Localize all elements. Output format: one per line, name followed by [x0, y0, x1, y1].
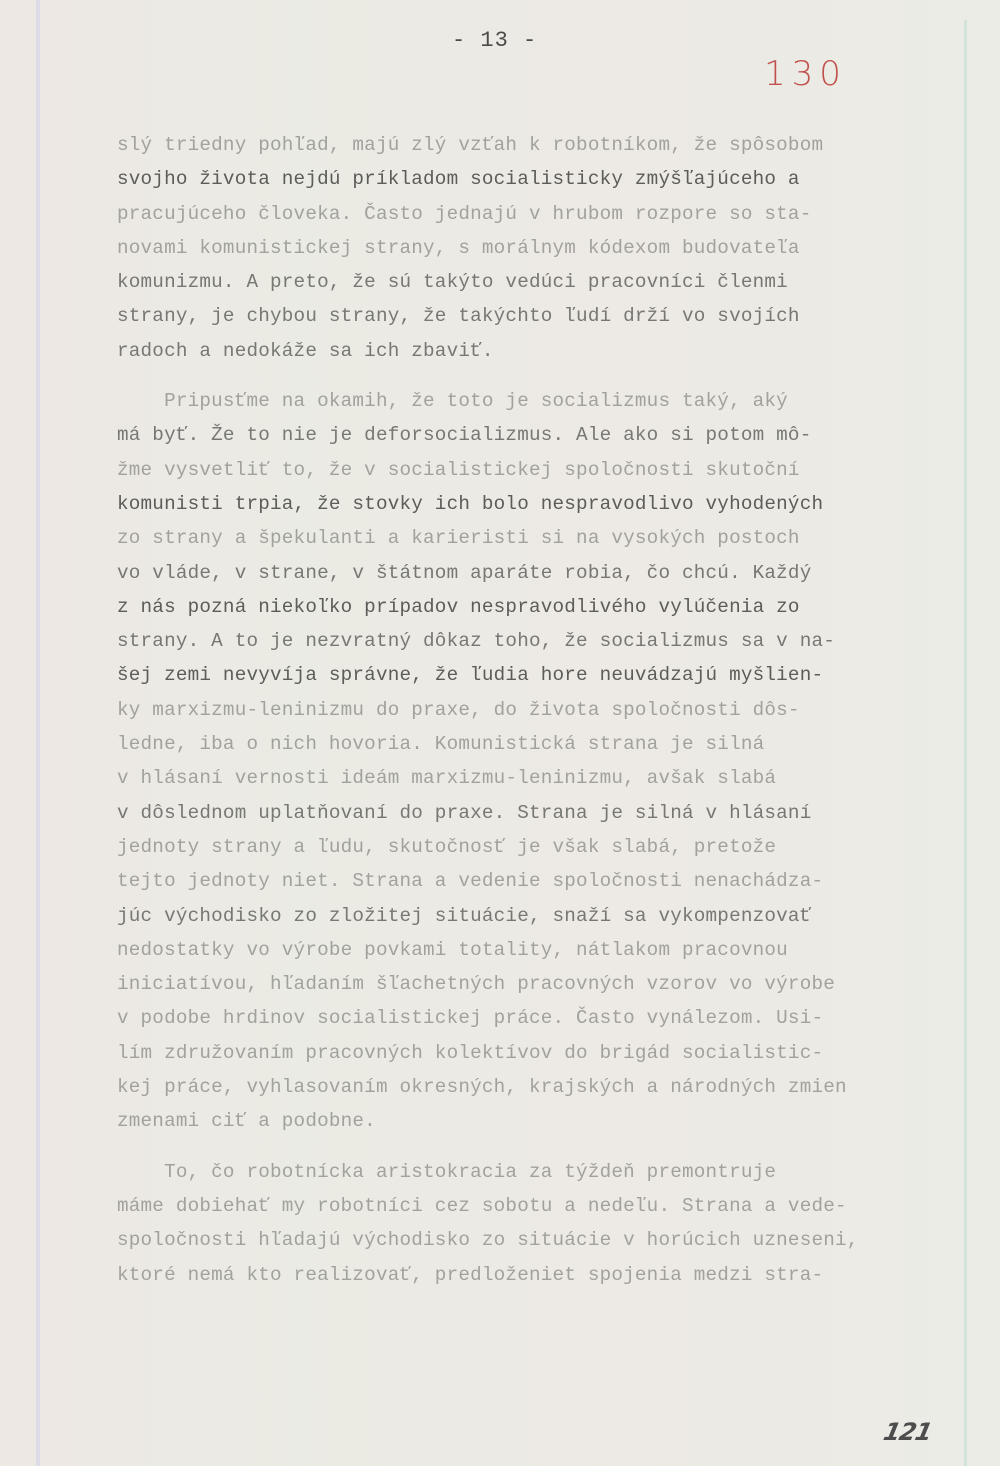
text-line: ktoré nemá kto realizovať, predloženiet …	[117, 1258, 977, 1292]
text-line: slý triedny pohľad, majú zlý vzťah k rob…	[117, 128, 977, 162]
text-line: iniciatívou, hľadaním šľachetných pracov…	[117, 967, 977, 1001]
text-line: ledne, iba o nich hovoria. Komunistická …	[117, 727, 977, 761]
text-line: To, čo robotnícka aristokracia za týždeň…	[117, 1155, 977, 1189]
paragraph-gap	[117, 368, 977, 384]
text-line: zo strany a špekulanti a karieristi si n…	[117, 521, 977, 555]
text-line: novami komunistickej strany, s morálnym …	[117, 231, 977, 265]
text-line: komunizmu. A preto, že sú takýto vedúci …	[117, 265, 977, 299]
text-line: svojho života nejdú príkladom socialisti…	[117, 162, 977, 196]
page-number: - 13 -	[452, 28, 537, 53]
text-line: ky marxizmu-leninizmu do praxe, do život…	[117, 693, 977, 727]
text-line: v dôslednom uplatňovaní do praxe. Strana…	[117, 796, 977, 830]
binding-margin-line	[36, 0, 40, 1466]
text-line: spoločnosti hľadajú východisko zo situác…	[117, 1223, 977, 1257]
text-line: júc východisko zo zložitej situácie, sna…	[117, 899, 977, 933]
text-line: v podobe hrdinov socialistickej práce. Č…	[117, 1001, 977, 1035]
typewritten-body: slý triedny pohľad, majú zlý vzťah k rob…	[117, 128, 977, 1292]
text-line: nedostatky vo výrobe povkami totality, n…	[117, 933, 977, 967]
text-line: vo vláde, v strane, v štátnom aparáte ro…	[117, 556, 977, 590]
text-line: strany. A to je nezvratný dôkaz toho, že…	[117, 624, 977, 658]
text-line: strany, je chybou strany, že takýchto ľu…	[117, 299, 977, 333]
text-line: šej zemi nevyvíja správne, že ľudia hore…	[117, 658, 977, 692]
text-line: Pripusťme na okamih, že toto je socializ…	[117, 384, 977, 418]
text-line: má byť. Že to nie je deforsocializmus. A…	[117, 418, 977, 452]
text-line: z nás pozná niekoľko prípadov nespravodl…	[117, 590, 977, 624]
text-line: lím združovaním pracovných kolektívov do…	[117, 1036, 977, 1070]
text-line: tejto jednoty niet. Strana a vedenie spo…	[117, 864, 977, 898]
text-line: pracujúceho človeka. Často jednajú v hru…	[117, 197, 977, 231]
paragraph-gap	[117, 1139, 977, 1155]
handwritten-folio-number: 121	[881, 1418, 934, 1446]
paragraph: slý triedny pohľad, majú zlý vzťah k rob…	[117, 128, 977, 368]
text-line: komunisti trpia, že stovky ich bolo nesp…	[117, 487, 977, 521]
text-line: v hlásaní vernosti ideám marxizmu-lenini…	[117, 761, 977, 795]
text-line: kej práce, vyhlasovaním okresných, krajs…	[117, 1070, 977, 1104]
text-line: žme vysvetliť to, že v socialistickej sp…	[117, 453, 977, 487]
text-line: máme dobiehať my robotníci cez sobotu a …	[117, 1189, 977, 1223]
paragraph: Pripusťme na okamih, že toto je socializ…	[117, 384, 977, 1139]
archive-stamp-number: 130	[764, 54, 847, 94]
text-line: zmenami ciť a podobne.	[117, 1104, 977, 1138]
text-line: radoch a nedokáže sa ich zbaviť.	[117, 334, 977, 368]
text-line: jednoty strany a ľudu, skutočnosť je vša…	[117, 830, 977, 864]
paragraph: To, čo robotnícka aristokracia za týždeň…	[117, 1155, 977, 1292]
